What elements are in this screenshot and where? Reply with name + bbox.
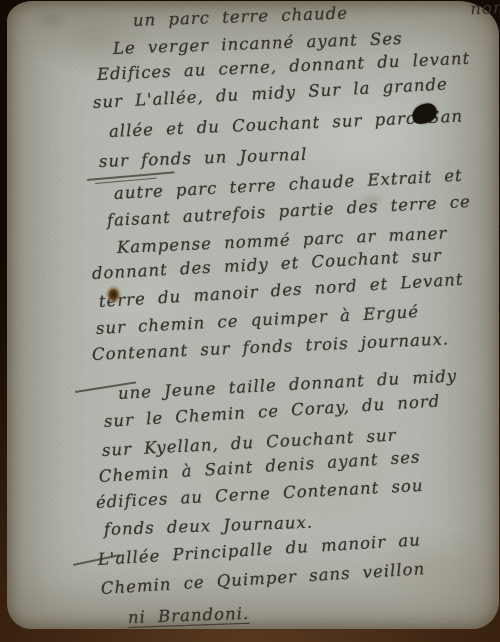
smudge-mark — [33, 11, 69, 29]
manuscript-line: allée et du Couchant sur parc San — [109, 107, 464, 142]
manuscript-line: un parc terre chaude nommé — [133, 0, 500, 31]
manuscript-line: fonds deux Journaux. — [104, 513, 314, 540]
smudge-mark — [357, 193, 385, 208]
manuscript-photo: un parc terre chaude nommé Le verger inc… — [0, 0, 500, 642]
manuscript-line: sur fonds un Journal — [99, 145, 308, 172]
paper-sheet: un parc terre chaude nommé Le verger inc… — [7, 1, 499, 629]
brown-stain — [105, 285, 122, 304]
manuscript-line: ni Brandoni. — [128, 604, 250, 628]
